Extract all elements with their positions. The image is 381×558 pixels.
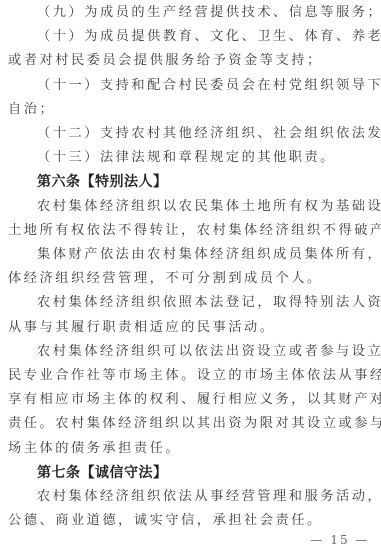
article-7-paragraph-1-continued: 公德、商业道德，诚实守信，承担社会责任。 — [8, 511, 374, 531]
article-6-paragraph-4-line-2: 民专业合作社等市场主体。设立的市场主体依法从事经营活动， — [8, 366, 374, 386]
list-item-12: （十二）支持农村其他经济组织、社会组织依法发挥作用； — [37, 124, 377, 144]
article-7-paragraph-1: 农村集体经济组织依法从事经营管理和服务活动，遵守社会 — [37, 487, 377, 507]
article-6-paragraph-4-line-3: 享有相应市场主体的权利、履行相应义务，以其财产对债务承担 — [8, 390, 374, 410]
page-number: — 15 — — [305, 533, 375, 547]
list-item-10: （十）为成员提供教育、文化、卫生、体育、养老等服务， — [37, 27, 377, 47]
article-6-paragraph-1: 农村集体经济组织以农民集体土地所有权为基础设立，集体 — [37, 197, 377, 217]
list-item-11: （十一）支持和配合村民委员会在村党组织领导下开展村民 — [37, 76, 377, 96]
list-item-9: （九）为成员的生产经营提供技术、信息等服务； — [37, 3, 377, 23]
article-6-paragraph-4-line-4: 责任。农村集体经济组织以其出资为限对其设立或参与设立的市 — [8, 414, 374, 434]
article-6-paragraph-3: 农村集体经济组织依照本法登记，取得特别法人资格，依法 — [37, 293, 377, 313]
article-6-paragraph-4: 农村集体经济组织可以依法出资设立或者参与设立公司、农 — [37, 342, 377, 362]
article-6-paragraph-3-continued: 从事与其履行职责相适应的民事活动。 — [8, 318, 374, 338]
document-page: （九）为成员的生产经营提供技术、信息等服务； （十）为成员提供教育、文化、卫生、… — [0, 0, 381, 558]
list-item-10-continued: 或者对村民委员会提供服务给予资金等支持； — [8, 51, 374, 71]
article-6-paragraph-2-continued: 体经济组织经营管理，不可分割到成员个人。 — [8, 269, 374, 289]
article-6-heading: 第六条【特别法人】 — [37, 172, 377, 192]
article-6-paragraph-4-line-5: 场主体的债务承担责任。 — [8, 439, 374, 459]
list-item-13: （十三）法律法规和章程规定的其他职责。 — [37, 148, 377, 168]
article-6-paragraph-2: 集体财产依法由农村集体经济组织成员集体所有，由农村集 — [37, 245, 377, 265]
article-6-paragraph-1-continued: 土地所有权依法不得转让，农村集体经济组织不得破产。 — [8, 221, 374, 241]
list-item-11-continued: 自治； — [8, 100, 374, 120]
article-7-heading: 第七条【诚信守法】 — [37, 463, 377, 483]
